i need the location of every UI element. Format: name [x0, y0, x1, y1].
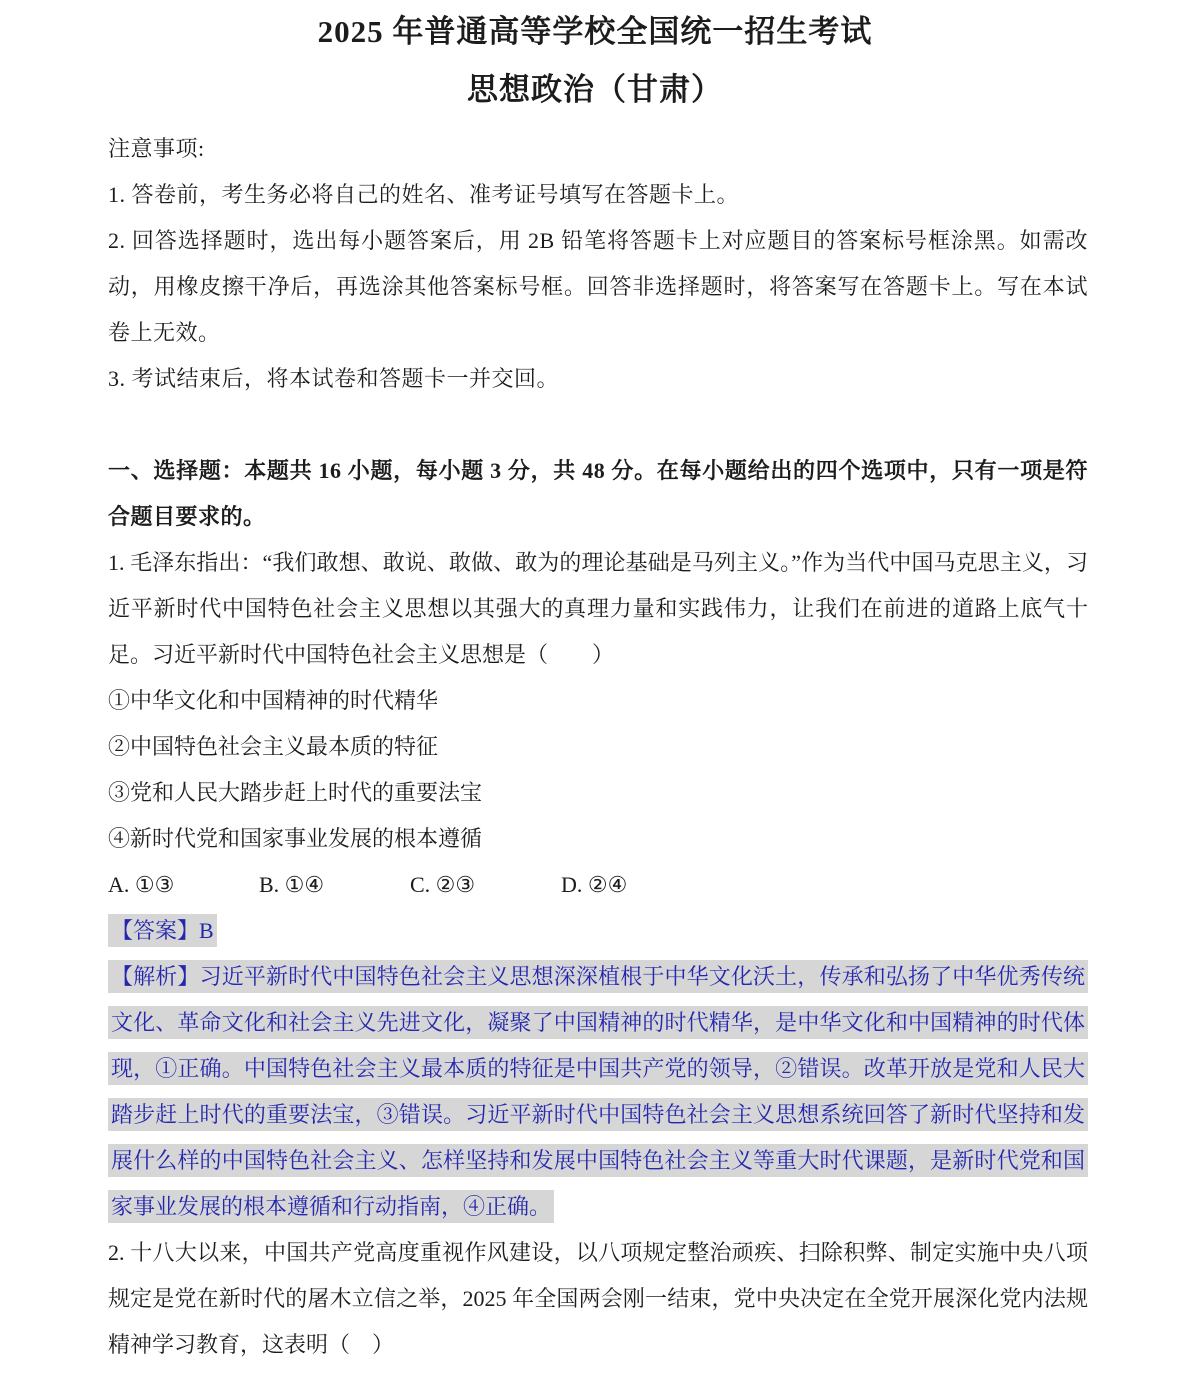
- doc-title: 2025 年普通高等学校全国统一招生考试: [0, 8, 1190, 56]
- document-header: 2025 年普通高等学校全国统一招生考试 思想政治（甘肃）: [0, 8, 1190, 114]
- section-heading: 一、选择题：本题共 16 小题，每小题 3 分，共 48 分。在每小题给出的四个…: [108, 448, 1088, 540]
- notice-item-3: 3. 考试结束后，将本试卷和答题卡一并交回。: [108, 356, 1088, 402]
- document-body: 注意事项: 1. 答卷前，考生务必将自己的姓名、准考证号填写在答题卡上。 2. …: [0, 114, 1190, 1368]
- question-1-statement-4: ④新时代党和国家事业发展的根本遵循: [108, 816, 1088, 862]
- question-1-statement-1: ①中华文化和中国精神的时代精华: [108, 678, 1088, 724]
- question-1: 1. 毛泽东指出：“我们敢想、敢说、敢做、敢为的理论基础是马列主义。”作为当代中…: [108, 540, 1088, 1230]
- choice-c: C. ②③: [410, 862, 561, 908]
- notice-item-1: 1. 答卷前，考生务必将自己的姓名、准考证号填写在答题卡上。: [108, 172, 1088, 218]
- notice-section: 注意事项: 1. 答卷前，考生务必将自己的姓名、准考证号填写在答题卡上。 2. …: [108, 126, 1088, 402]
- notice-item-2: 2. 回答选择题时，选出每小题答案后，用 2B 铅笔将答题卡上对应题目的答案标号…: [108, 218, 1088, 356]
- choice-a: A. ①③: [108, 862, 259, 908]
- analysis-label: 【解析】: [111, 964, 200, 989]
- exam-document-page: 2025 年普通高等学校全国统一招生考试 思想政治（甘肃） 注意事项: 1. 答…: [0, 0, 1190, 1377]
- question-1-stem: 1. 毛泽东指出：“我们敢想、敢说、敢做、敢为的理论基础是马列主义。”作为当代中…: [108, 540, 1088, 678]
- answer-label: 【答案】: [111, 918, 199, 943]
- question-2-stem: 2. 十八大以来，中国共产党高度重视作风建设，以八项规定整治顽疾、扫除积弊、制定…: [108, 1230, 1088, 1368]
- question-1-statement-3: ③党和人民大踏步赶上时代的重要法宝: [108, 770, 1088, 816]
- answer-highlight: 【答案】B: [108, 914, 217, 947]
- question-2: 2. 十八大以来，中国共产党高度重视作风建设，以八项规定整治顽疾、扫除积弊、制定…: [108, 1230, 1088, 1368]
- question-1-statement-2: ②中国特色社会主义最本质的特征: [108, 724, 1088, 770]
- answer-value: B: [199, 918, 214, 943]
- choice-b: B. ①④: [259, 862, 410, 908]
- question-1-choices-row: A. ①③ B. ①④ C. ②③ D. ②④: [108, 862, 1088, 908]
- analysis-paragraph: 【解析】习近平新时代中国特色社会主义思想深深植根于中华文化沃土，传承和弘扬了中华…: [108, 954, 1088, 1230]
- notice-heading: 注意事项:: [108, 126, 1088, 172]
- choice-d: D. ②④: [561, 862, 627, 908]
- answer-line: 【答案】B: [108, 908, 1088, 954]
- doc-subtitle: 思想政治（甘肃）: [0, 66, 1190, 114]
- analysis-text: 习近平新时代中国特色社会主义思想深深植根于中华文化沃土，传承和弘扬了中华优秀传统…: [111, 964, 1085, 1219]
- analysis-highlight: 【解析】习近平新时代中国特色社会主义思想深深植根于中华文化沃土，传承和弘扬了中华…: [108, 960, 1088, 1223]
